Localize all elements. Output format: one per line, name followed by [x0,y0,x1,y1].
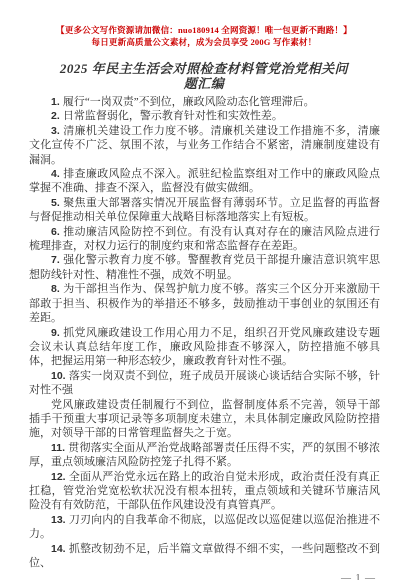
list-item: 2.日常监督弱化，警示教育针对性和实效性差。 [29,109,380,123]
item-number: 3. [51,125,60,137]
list-item: 6.推动廉洁风险防控不到位。有没有认真对存在的廉洁风险点进行梳理排查，对权力运行… [29,225,380,254]
item-number: 12. [51,471,66,483]
item-text: 推动廉洁风险防控不到位。有没有认真对存在的廉洁风险点进行梳理排查，对权力运行的制… [29,226,380,252]
item-number: 1. [51,96,60,108]
item-text: 党风廉政建设责任制履行不到位，监督制度体系不完善，领导干部插手干预重大事项记录等… [29,399,380,440]
item-number: 6. [51,226,60,238]
item-text: 日常监督弱化，警示教育针对性和实效性差。 [63,110,283,122]
page-number: — 1 — [0,573,408,580]
item-text: 抓党风廉政建设工作用心用力不足，组织召开党风廉政建设专题会议未认真总结年度工作，… [29,327,380,368]
list-item: 7.强化警示教育力度不够。警醒教育党员干部提升廉洁意识筑牢思想防线针对性、精准性… [29,253,380,282]
item-number: 13. [51,514,66,526]
list-item: 党风廉政建设责任制履行不到位，监督制度体系不完善，领导干部插手干预重大事项记录等… [29,398,380,441]
item-text: 履行“一岗双责”不到位，廉政风险动态化管理滞后。 [63,96,315,108]
list-item: 14.抓整改韧劲不足，后半篇文章做得不细不实，一些问题整改不到位、 [29,542,380,571]
ad-banner-line2: 每日更新高质量公文素材，成为会员享受 200G 写作素材！ [0,36,408,48]
item-number: 4. [51,168,60,180]
item-text: 清廉机关建设工作力度不够。清廉机关建设工作措施不多，清廉文化宣传不广泛、氛围不浓… [29,125,380,166]
list-item: 11.贯彻落实全面从严治党战略部署责任压得不实，严的氛围不够浓厚，重点领域廉洁风… [29,441,380,470]
item-number: 10. [51,370,66,382]
item-text: 贯彻落实全面从严治党战略部署责任压得不实，严的氛围不够浓厚，重点领域廉洁风险防控… [29,442,380,468]
item-number: 11. [51,442,65,454]
item-number: 7. [51,254,60,266]
list-item: 5.聚焦重大部署落实情况开展监督有薄弱环节。立足监督的再监督与督促推动相关单位保… [29,196,380,225]
list-item: 9.抓党风廉政建设工作用心用力不足，组织召开党风廉政建设专题会议未认真总结年度工… [29,326,380,369]
ad-banner-line1: 【更多公文写作资源请加微信：nuo180914 全网资源！唯一包更新不跑路！】 [0,24,408,36]
list-item: 12.全面从严治党永远在路上的政治自觉未形成，政治责任没有真正扛稳，管党治党宽松… [29,470,380,513]
item-text: 刀刃向内的自我革命不彻底，以巡促改以巡促建以巡促治推进不力。 [29,514,380,540]
item-text: 为干部担当作为、保驾护航力度不够。落实三个区分开来激励干部敢于担当、积极作为的举… [29,283,380,324]
list-item: 10.落实一岗双责不到位，班子成员开展谈心谈话结合实际不够，针对性不强 [29,369,380,398]
list-item: 3.清廉机关建设工作力度不够。清廉机关建设工作措施不多，清廉文化宣传不广泛、氛围… [29,124,380,167]
item-number: 9. [51,327,60,339]
item-text: 排查廉政风险点不深入。派驻纪检监察组对工作中的廉政风险点掌握不准确、排查不深入，… [29,168,380,194]
item-text: 落实一岗双责不到位，班子成员开展谈心谈话结合实际不够，针对性不强 [29,370,380,396]
item-number: 2. [51,110,60,122]
body-paragraphs: 1.履行“一岗双责”不到位，廉政风险动态化管理滞后。 2.日常监督弱化，警示教育… [0,95,408,570]
item-text: 全面从严治党永远在路上的政治自觉未形成，政治责任没有真正扛稳，管党治党宽松软状况… [29,471,380,512]
list-item: 13.刀刃向内的自我革命不彻底，以巡促改以巡促建以巡促治推进不力。 [29,513,380,542]
list-item: 4.排查廉政风险点不深入。派驻纪检监察组对工作中的廉政风险点掌握不准确、排查不深… [29,167,380,196]
ad-banner: 【更多公文写作资源请加微信：nuo180914 全网资源！唯一包更新不跑路！】 … [0,24,408,48]
document-page: 【更多公文写作资源请加微信：nuo180914 全网资源！唯一包更新不跑路！】 … [0,0,408,580]
item-text: 聚焦重大部署落实情况开展监督有薄弱环节。立足监督的再监督与督促推动相关单位保障重… [29,197,380,223]
item-text: 抓整改韧劲不足，后半篇文章做得不细不实，一些问题整改不到位、 [29,543,380,569]
item-number: 14. [51,543,66,555]
item-number: 5. [51,197,60,209]
list-item: 1.履行“一岗双责”不到位，廉政风险动态化管理滞后。 [29,95,380,109]
item-text: 强化警示教育力度不够。警醒教育党员干部提升廉洁意识筑牢思想防线针对性、精准性不强… [29,254,380,280]
list-item: 8.为干部担当作为、保驾护航力度不够。落实三个区分开来激励干部敢于担当、积极作为… [29,282,380,325]
page-title: 2025 年民主生活会对照检查材料管党治党相关问题汇编 [54,61,354,91]
item-number: 8. [51,283,60,295]
